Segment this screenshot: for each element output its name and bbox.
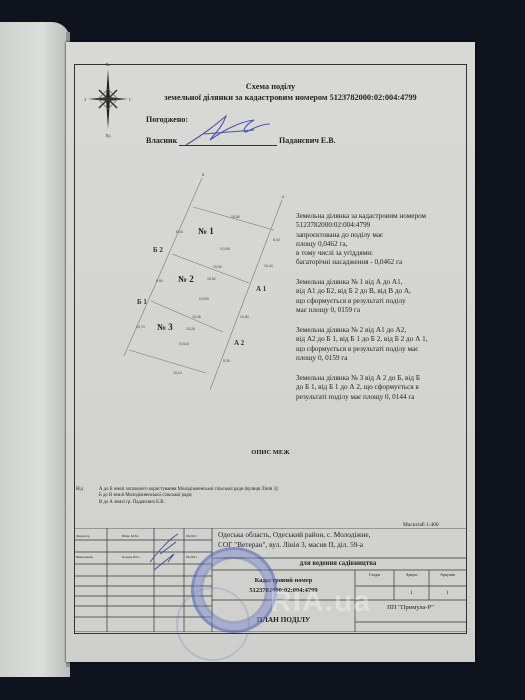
svg-text:8,30: 8,30 xyxy=(223,359,230,363)
svg-text:10,70: 10,70 xyxy=(136,325,145,329)
subdivision-plan: В А Б 2 Б 1 А 1 А 2 № 1 № 2 № 3 0,0159 0… xyxy=(110,170,300,400)
parcel-description: Земельна ділянка за кадастровим номером5… xyxy=(296,212,466,268)
svg-text:Б 2: Б 2 xyxy=(153,246,163,254)
executor-name: Козирь Ю.С. xyxy=(122,555,140,559)
svg-text:10,44: 10,44 xyxy=(264,264,273,268)
svg-text:Б 1: Б 1 xyxy=(137,298,147,306)
director-name: Рябко М.М. xyxy=(122,534,139,538)
signature-icon xyxy=(148,532,188,572)
owner-label: Власник xyxy=(146,136,177,145)
svg-text:0,0144: 0,0144 xyxy=(179,342,189,346)
svg-text:15,26: 15,26 xyxy=(192,315,201,319)
boundaries-from-label: Від xyxy=(76,487,83,493)
svg-text:8,40: 8,40 xyxy=(176,230,183,234)
svg-text:15,26: 15,26 xyxy=(186,327,195,331)
svg-text:15,52: 15,52 xyxy=(213,265,222,269)
plot3-description: Земельна ділянка № 3 від А 2 до Б, від Б… xyxy=(296,374,471,402)
director-label: Директор xyxy=(76,534,90,538)
document-subtitle: земельної ділянки за кадастровим номером… xyxy=(66,93,495,102)
svg-text:15,10: 15,10 xyxy=(173,371,182,375)
sheets-value: 1 xyxy=(429,591,466,596)
svg-text:№ 3: № 3 xyxy=(157,322,173,332)
svg-text:15,52: 15,52 xyxy=(207,277,216,281)
svg-text:А 1: А 1 xyxy=(256,285,267,293)
sheet-value: 1 xyxy=(394,591,429,596)
stage-label: Стадія xyxy=(355,572,394,577)
faded-stamp-icon xyxy=(176,587,250,661)
owner-name: Падансвич Е.В. xyxy=(279,136,336,145)
plot1-description: Земельна ділянка № 1 від А до А1,від А1 … xyxy=(296,278,471,315)
sheets-label: Аркушів xyxy=(429,572,466,577)
svg-text:0,0159: 0,0159 xyxy=(199,297,209,301)
previous-page xyxy=(0,22,70,677)
svg-text:0,0159: 0,0159 xyxy=(220,247,230,251)
svg-text:Пд: Пд xyxy=(106,133,111,138)
svg-text:10,80: 10,80 xyxy=(240,315,249,319)
executor-label: Виконавець xyxy=(76,555,93,559)
svg-text:9,90: 9,90 xyxy=(156,279,163,283)
signature-icon xyxy=(184,112,274,148)
address-line-1: Одеська область, Одеський район, с. Моло… xyxy=(218,530,370,539)
document-sheet: Пн Пд З С Схема поділу земельної ділянки… xyxy=(66,42,475,662)
svg-text:8,40: 8,40 xyxy=(273,238,280,242)
svg-text:15,80: 15,80 xyxy=(231,215,240,219)
boundaries-title: ОПИС МЕЖ xyxy=(66,449,475,456)
company-name: ПП "Примула-Р" xyxy=(355,604,466,611)
plot2-description: Земельна ділянка № 2 від А1 до А2,від А2… xyxy=(296,326,476,363)
svg-text:В: В xyxy=(202,173,205,177)
svg-text:№ 1: № 1 xyxy=(198,226,214,236)
document-title: Схема поділу xyxy=(66,82,475,91)
svg-text:А 2: А 2 xyxy=(234,339,245,347)
svg-text:Пн: Пн xyxy=(105,62,111,67)
svg-text:А: А xyxy=(282,195,285,199)
approved-label: Погоджено: xyxy=(146,115,188,124)
sheet-label: Аркуш xyxy=(394,572,429,577)
boundaries-list: А до Б землі загального користування Мол… xyxy=(99,487,439,506)
watermark: RIA.ua xyxy=(270,585,371,619)
svg-text:№ 2: № 2 xyxy=(178,274,194,284)
